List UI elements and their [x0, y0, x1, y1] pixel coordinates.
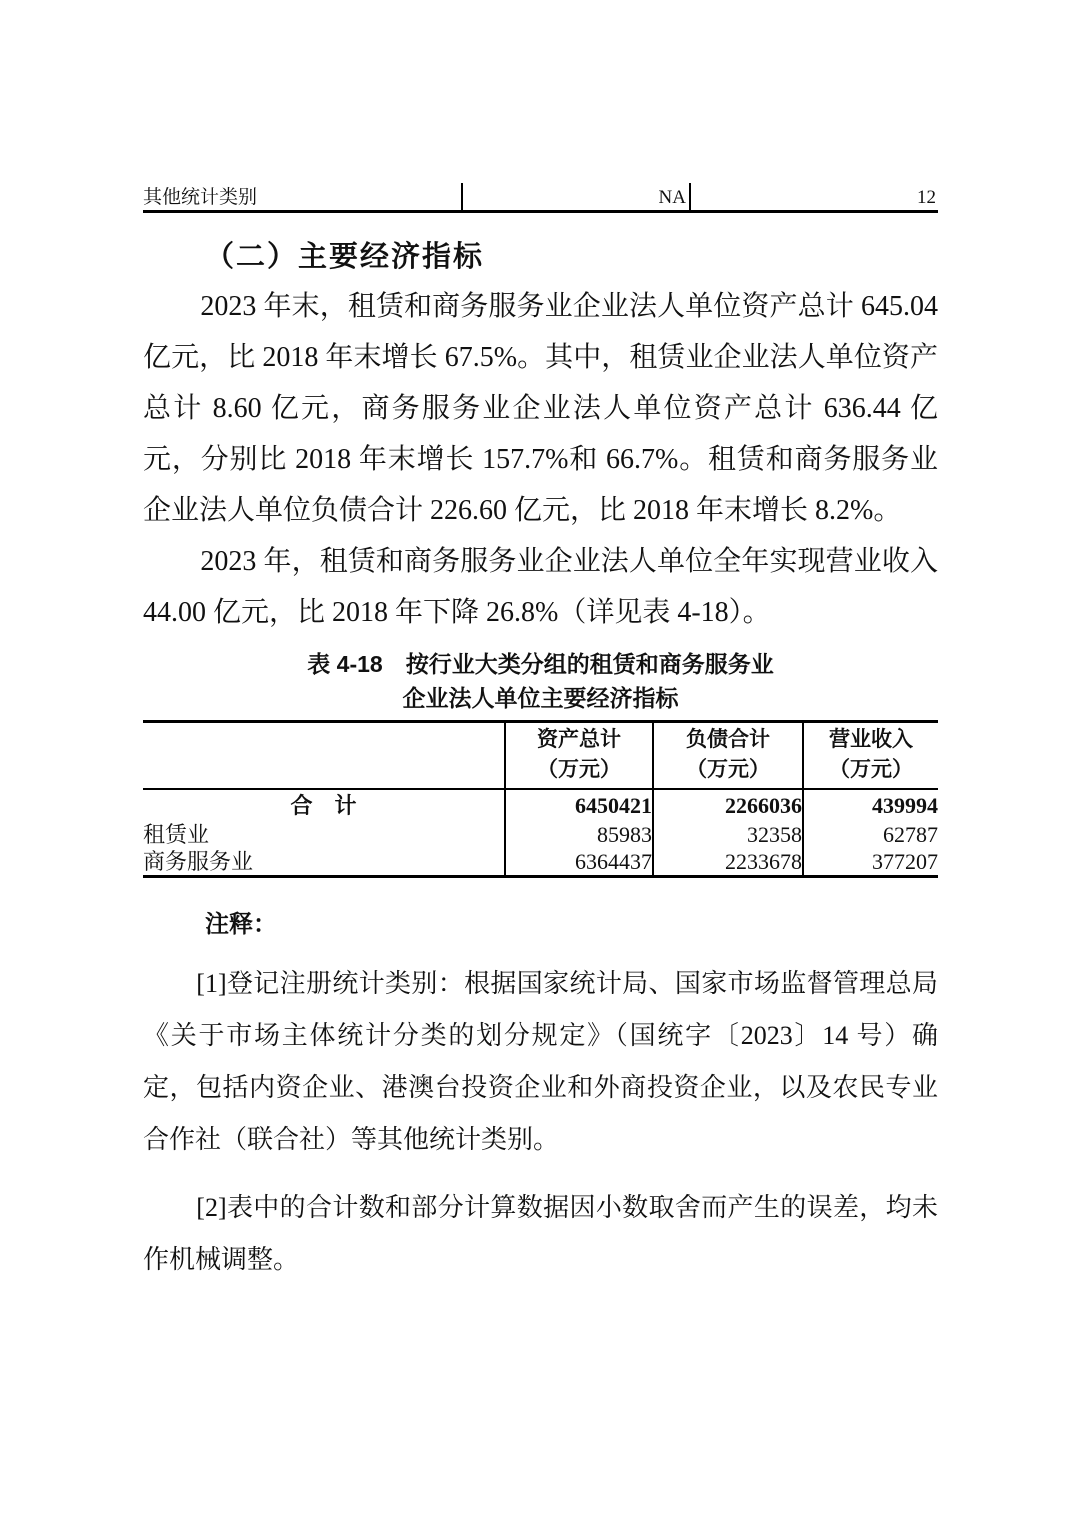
economic-indicators-table: 资产总计 （万元） 负债合计 （万元） 营业收入 （万元） 合 计 645042…	[143, 720, 938, 878]
cell-value: 85983	[505, 820, 653, 848]
cell-value: 2266036	[653, 789, 803, 820]
cell-value: 377207	[803, 848, 938, 877]
table-row-leasing: 租赁业 85983 32358 62787	[143, 820, 938, 848]
table-header-liabilities: 负债合计 （万元）	[653, 722, 803, 790]
col-assets-name: 资产总计	[537, 728, 621, 751]
col-liabilities-unit: （万元）	[686, 758, 770, 781]
table-title: 表 4-18 按行业大类分组的租赁和商务服务业 企业法人单位主要经济指标	[143, 647, 938, 715]
paragraph-revenue: 2023 年，租赁和商务服务业企业法人单位全年实现营业收入 44.00 亿元，比…	[143, 536, 938, 638]
table-header-row: 资产总计 （万元） 负债合计 （万元） 营业收入 （万元）	[143, 722, 938, 790]
col-liabilities-name: 负债合计	[686, 728, 770, 751]
paragraph-assets: 2023 年末，租赁和商务服务业企业法人单位资产总计 645.04 亿元，比 2…	[143, 281, 938, 536]
row-label: 租赁业	[143, 820, 505, 848]
cell-value: 6450421	[505, 789, 653, 820]
page-header: 其他统计类别 NA 12	[143, 183, 938, 213]
table-title-line1: 表 4-18 按行业大类分组的租赁和商务服务业	[143, 647, 938, 681]
col-assets-unit: （万元）	[537, 758, 621, 781]
col-revenue-unit: （万元）	[829, 758, 913, 781]
section-heading: （二）主要经济指标	[143, 234, 938, 275]
cell-value: 62787	[803, 820, 938, 848]
header-left-text: 其他统计类别	[143, 183, 463, 210]
document-page: 其他统计类别 NA 12 （二）主要经济指标 2023 年末，租赁和商务服务业企…	[143, 183, 938, 1286]
table-header-assets: 资产总计 （万元）	[505, 722, 653, 790]
notes-heading: 注释：	[143, 908, 938, 942]
row-label: 合 计	[143, 789, 505, 820]
table-title-line2: 企业法人单位主要经济指标	[143, 681, 938, 715]
header-center-text: NA	[463, 183, 691, 210]
note-2: [2]表中的合计数和部分计算数据因小数取舍而产生的误差，均未作机械调整。	[143, 1182, 938, 1286]
table-header-revenue: 营业收入 （万元）	[803, 722, 938, 790]
cell-value: 6364437	[505, 848, 653, 877]
note-1: [1]登记注册统计类别：根据国家统计局、国家市场监督管理总局《关于市场主体统计分…	[143, 958, 938, 1166]
cell-value: 32358	[653, 820, 803, 848]
col-revenue-name: 营业收入	[829, 728, 913, 751]
notes-section: 注释： [1]登记注册统计类别：根据国家统计局、国家市场监督管理总局《关于市场主…	[143, 908, 938, 1286]
table-row-total: 合 计 6450421 2266036 439994	[143, 789, 938, 820]
table-header-stub	[143, 722, 505, 790]
header-page-number: 12	[691, 183, 938, 210]
cell-value: 2233678	[653, 848, 803, 877]
cell-value: 439994	[803, 789, 938, 820]
table-row-business-services: 商务服务业 6364437 2233678 377207	[143, 848, 938, 877]
row-label: 商务服务业	[143, 848, 505, 877]
